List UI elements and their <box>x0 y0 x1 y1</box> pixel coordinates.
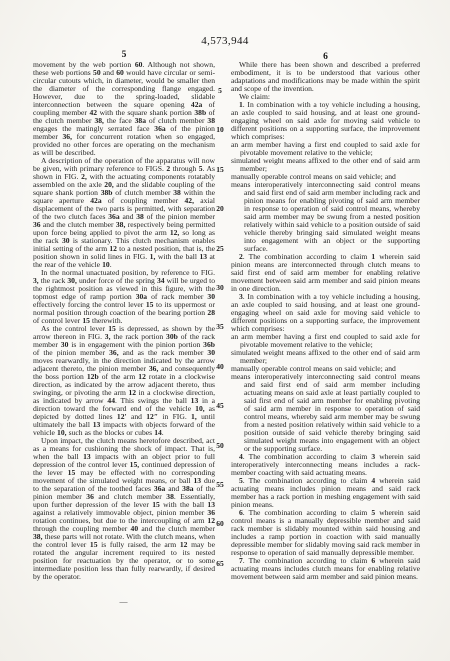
paragraph: 5. The combination according to claim 4 … <box>231 477 420 509</box>
line-number: 5 <box>211 86 229 125</box>
line-number: 55 <box>211 480 229 519</box>
paragraph: 7. The combination according to claim 6 … <box>231 557 420 581</box>
line-number: 20 <box>211 204 229 243</box>
patent-number: 4,573,944 <box>0 35 450 47</box>
paragraph: simulated weight means affixed to the ot… <box>231 157 420 173</box>
patent-page: 4,573,944 5 6 movement by the web portio… <box>0 0 450 661</box>
paragraph: movement by the web portion 60. Although… <box>33 61 215 157</box>
paragraph: 3. In combination with a toy vehicle inc… <box>231 293 420 333</box>
line-number: 50 <box>211 441 229 480</box>
line-number: 25 <box>211 244 229 283</box>
paragraph: In the normal unactuated position, by re… <box>33 269 215 325</box>
paragraph: While there has been shown and described… <box>231 61 420 93</box>
paragraph: simulated weight means affixed to the ot… <box>231 349 420 365</box>
line-number: 30 <box>211 283 229 322</box>
paragraph: 6. The combination according to claim 5 … <box>231 509 420 557</box>
line-numbers-gutter: 5101520253035404550556065 <box>211 86 229 598</box>
line-number: 15 <box>211 165 229 204</box>
paragraph: 2. The combination according to claim 1 … <box>231 253 420 293</box>
line-number: 45 <box>211 401 229 440</box>
paragraph: 1. In combination with a toy vehicle inc… <box>231 101 420 141</box>
paragraph: an arm member having a first end coupled… <box>231 141 420 157</box>
paragraph: means interoperatively interconnecting s… <box>231 181 420 253</box>
right-column: While there has been shown and described… <box>231 61 420 581</box>
footer-separator: — <box>33 597 215 606</box>
left-column: movement by the web portion 60. Although… <box>33 61 215 581</box>
column-number-left: 5 <box>33 50 215 60</box>
line-number: 40 <box>211 362 229 401</box>
line-number: 65 <box>211 559 229 598</box>
line-number: 10 <box>211 125 229 164</box>
paragraph: As the control lever 15 is depressed, as… <box>33 325 215 437</box>
paragraph: Upon impact, the clutch means heretofore… <box>33 437 215 581</box>
paragraph: an arm member having a first end coupled… <box>231 333 420 349</box>
line-number: 35 <box>211 322 229 361</box>
paragraph: means interoperatively interconnecting s… <box>231 373 420 453</box>
paragraph: 4. The combination according to claim 3 … <box>231 453 420 477</box>
line-number: 60 <box>211 519 229 558</box>
paragraph: A description of the operation of the ap… <box>33 157 215 269</box>
